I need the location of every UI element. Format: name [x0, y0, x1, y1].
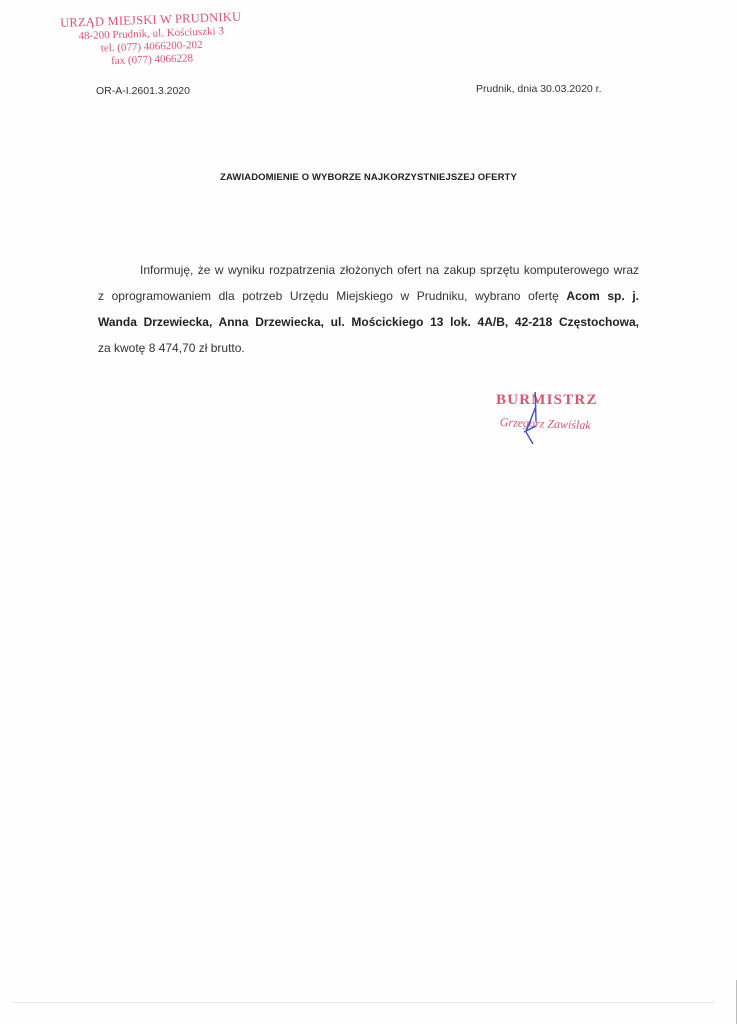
company-address: Wanda Drzewiecka, Anna Drzewiecka, ul. M…: [98, 315, 639, 329]
document-title: ZAWIADOMIENIE O WYBORZE NAJKORZYSTNIEJSZ…: [0, 172, 737, 183]
scan-edge-line: [12, 1002, 715, 1003]
signature-role: BURMISTRZ: [496, 392, 636, 409]
document-body: Informuję, że w wyniku rozpatrzenia złoż…: [98, 257, 639, 361]
place-date: Prudnik, dnia 30.03.2020 r.: [476, 83, 602, 95]
body-line-2-text: z oprogramowaniem dla potrzeb Urzędu Mie…: [98, 289, 566, 303]
body-line-4: za kwotę 8 474,70 zł brutto.: [98, 335, 639, 361]
signature-name: Grzegorz Zawiślak: [499, 415, 635, 435]
company-name: Acom sp. j.: [566, 289, 639, 303]
signature-stamp: BURMISTRZ Grzegorz Zawiślak: [496, 392, 636, 430]
body-line-1: Informuję, że w wyniku rozpatrzenia złoż…: [98, 257, 639, 283]
reference-number: OR-A-I.2601.3.2020: [96, 85, 190, 97]
document-page: URZĄD MIEJSKI W PRUDNIKU 48-200 Prudnik,…: [0, 0, 737, 1024]
office-stamp: URZĄD MIEJSKI W PRUDNIKU 48-200 Prudnik,…: [58, 10, 245, 70]
body-line-2: z oprogramowaniem dla potrzeb Urzędu Mie…: [98, 283, 639, 309]
body-line-3: Wanda Drzewiecka, Anna Drzewiecka, ul. M…: [98, 309, 639, 335]
